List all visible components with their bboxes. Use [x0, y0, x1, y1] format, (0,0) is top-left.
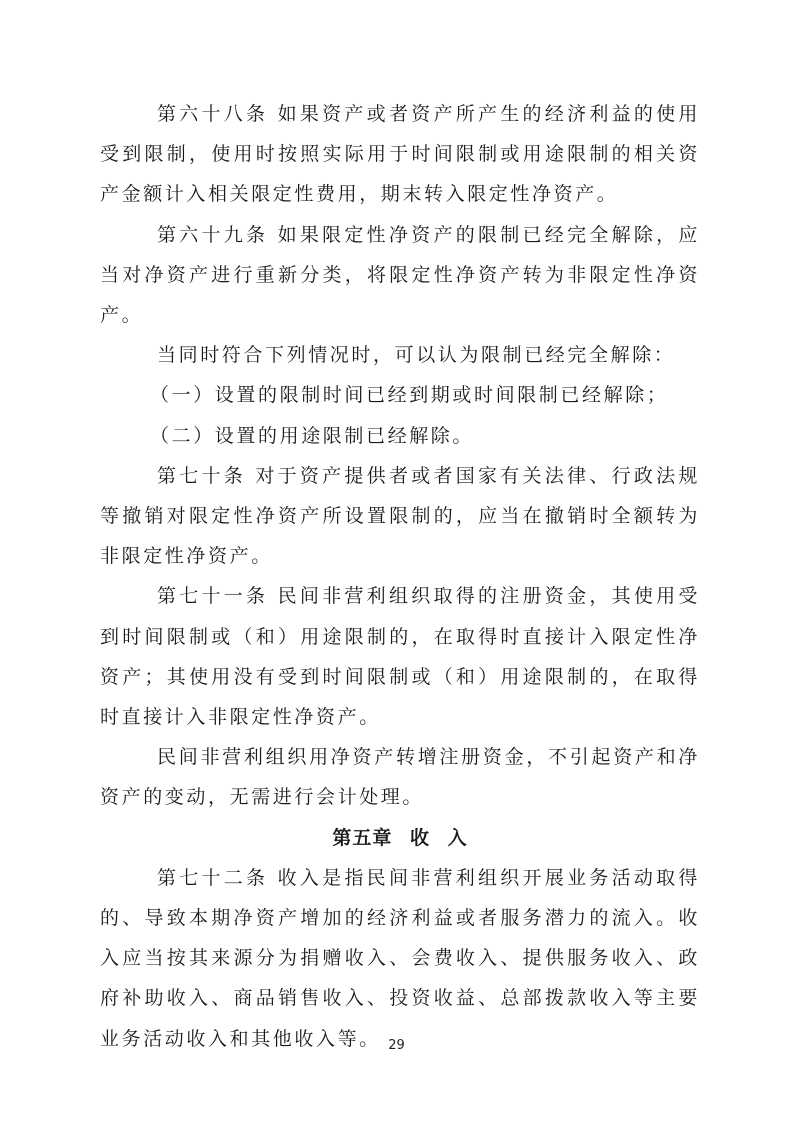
article-72: 第七十二条 收入是指民间非营利组织开展业务活动取得的、导致本期净资产增加的经济利…	[100, 858, 700, 1059]
article-69-item-2: （二）设置的用途限制已经解除。	[100, 416, 700, 456]
article-68: 第六十八条 如果资产或者资产所产生的经济利益的使用受到限制，使用时按照实际用于时…	[100, 94, 700, 215]
chapter-heading: 第五章 收 入	[100, 818, 700, 858]
article-69: 第六十九条 如果限定性净资产的限制已经完全解除，应当对净资产进行重新分类，将限定…	[100, 215, 700, 336]
article-71-note: 民间非营利组织用净资产转增注册资金，不引起资产和净资产的变动，无需进行会计处理。	[100, 737, 700, 817]
article-69-intro: 当同时符合下列情况时，可以认为限制已经完全解除：	[100, 335, 700, 375]
article-69-item-1: （一）设置的限制时间已经到期或时间限制已经解除；	[100, 375, 700, 415]
page-number: 29	[0, 1038, 793, 1053]
document-page: 第六十八条 如果资产或者资产所产生的经济利益的使用受到限制，使用时按照实际用于时…	[100, 94, 700, 1059]
article-70: 第七十条 对于资产提供者或者国家有关法律、行政法规等撤销对限定性净资产所设置限制…	[100, 456, 700, 577]
article-71: 第七十一条 民间非营利组织取得的注册资金，其使用受到时间限制或（和）用途限制的，…	[100, 576, 700, 737]
